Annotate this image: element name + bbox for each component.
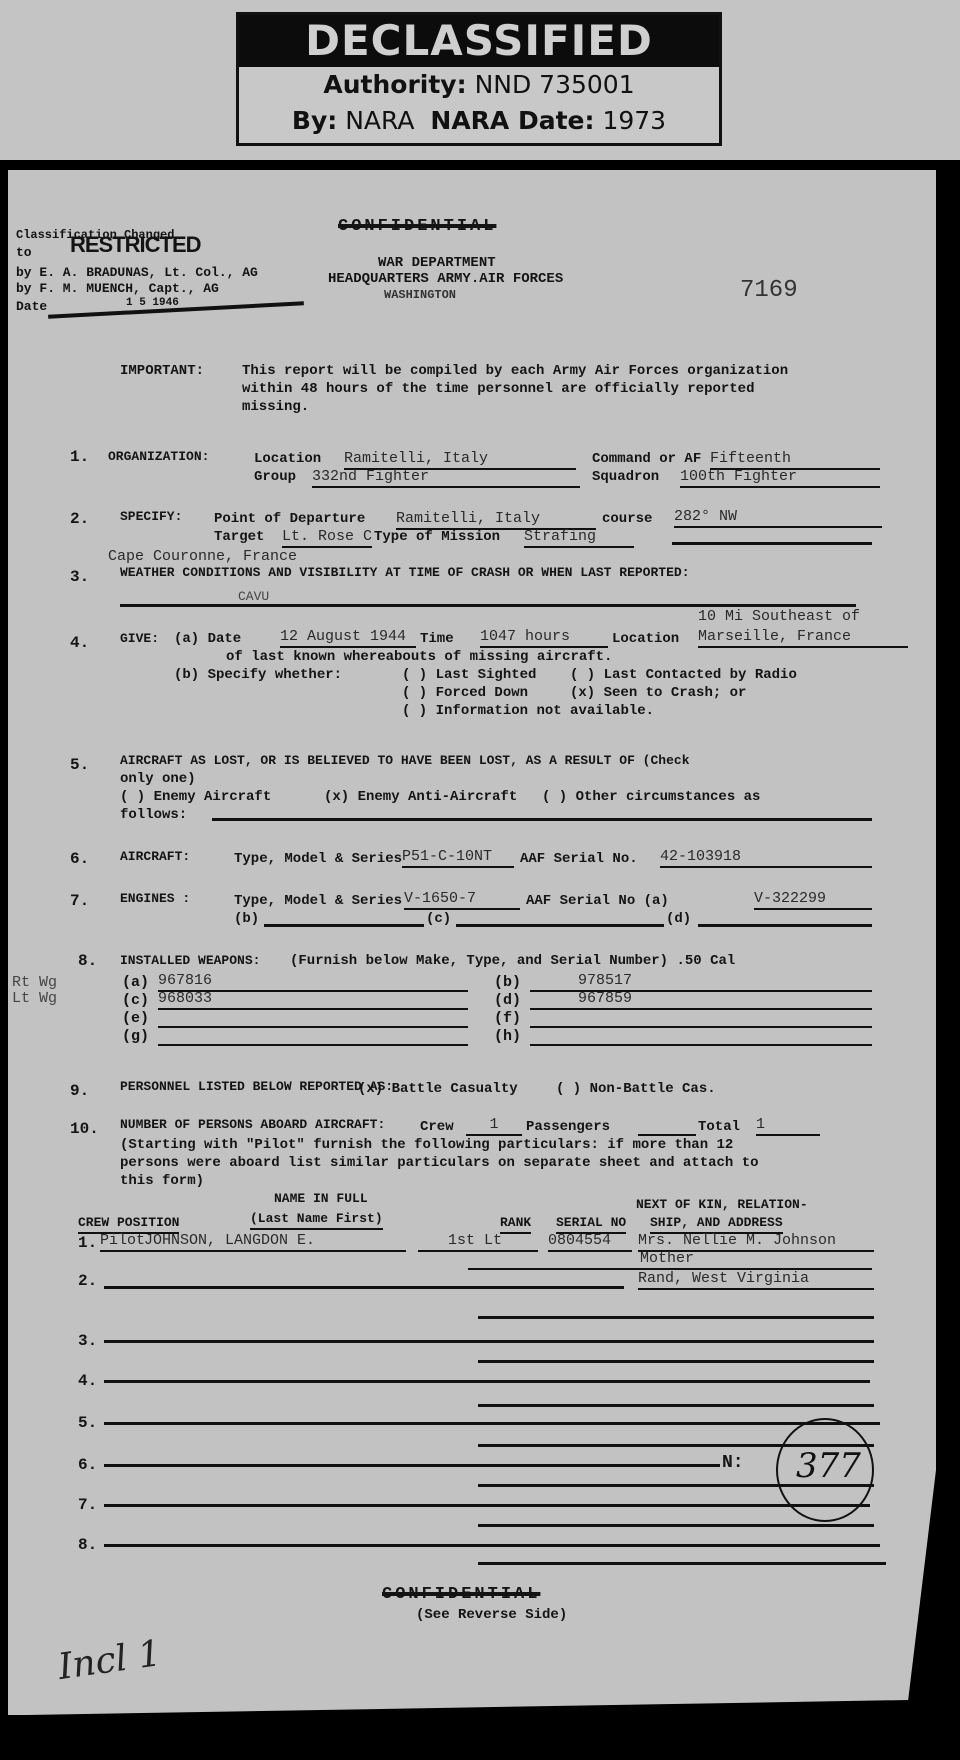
option-info-not-available[interactable]: ( ) Information not available. bbox=[402, 702, 654, 720]
follows-rule bbox=[212, 818, 872, 821]
nara-date-label: NARA Date: bbox=[430, 106, 594, 135]
squadron-field: 100th Fighter bbox=[680, 468, 880, 488]
crew-row-1-serial: 0804554 bbox=[548, 1232, 632, 1252]
report-number: 7169 bbox=[740, 282, 798, 300]
weapon-g-letter: (g) bbox=[122, 1028, 149, 1046]
authority-line: Authority: NND 735001 bbox=[239, 67, 719, 103]
crew-row-5-number: 5. bbox=[78, 1414, 97, 1432]
section10-note1: (Starting with "Pilot" furnish the follo… bbox=[120, 1136, 733, 1154]
mission-extra-rule bbox=[672, 542, 872, 545]
weapon-c-field: 968033 bbox=[158, 990, 468, 1010]
whereabouts-text: of last known whereabouts of missing air… bbox=[226, 648, 612, 666]
weapon-f-field bbox=[530, 1008, 872, 1028]
section5-label2: only one) bbox=[120, 770, 196, 788]
crew-row-2b-rule bbox=[478, 1316, 874, 1319]
passengers-field bbox=[638, 1116, 696, 1136]
weapon-a-field: 967816 bbox=[158, 972, 468, 992]
engine-d-rule bbox=[698, 924, 872, 927]
crew-row-3-number: 3. bbox=[78, 1332, 97, 1350]
enemy-aircraft-option[interactable]: ( ) Enemy Aircraft bbox=[120, 788, 271, 806]
section7-label: ENGINES : bbox=[120, 890, 190, 908]
kin-header-top: NEXT OF KIN, RELATION- bbox=[636, 1196, 808, 1214]
section2-number: 2. bbox=[70, 510, 89, 528]
authority-label: Authority: bbox=[323, 70, 466, 99]
section9-label: PERSONNEL LISTED BELOW REPORTED AS: bbox=[120, 1078, 393, 1096]
crew-position-header: CREW POSITION bbox=[78, 1214, 179, 1234]
weapon-b-letter: (b) bbox=[494, 974, 521, 992]
departure-field: Ramitelli, Italy bbox=[396, 510, 596, 530]
crew-row-4b-rule bbox=[478, 1404, 874, 1407]
classification-to-label: to bbox=[16, 244, 32, 262]
crew-label: Crew bbox=[420, 1118, 454, 1136]
weapon-c-letter: (c) bbox=[122, 992, 149, 1010]
crew-row-1-kin-relation: Mother bbox=[468, 1250, 872, 1270]
lt-wing-label: Lt Wg bbox=[12, 990, 57, 1008]
engine-b-label: (b) bbox=[234, 910, 259, 928]
document-page: Classification Changed to RESTRICTED by … bbox=[8, 170, 936, 1740]
name-header-bottom: (Last Name First) bbox=[250, 1210, 383, 1230]
other-circumstances-option[interactable]: ( ) Other circumstances as bbox=[542, 788, 760, 806]
date-field: 12 August 1944 bbox=[280, 628, 416, 648]
by-line: By: NARA NARA Date: 1973 bbox=[239, 103, 719, 139]
section10-note3: this form) bbox=[120, 1172, 204, 1190]
weapon-d-field: 967859 bbox=[530, 990, 872, 1010]
name-header-top: NAME IN FULL bbox=[274, 1190, 368, 1208]
important-line1: This report will be compiled by each Arm… bbox=[242, 362, 788, 380]
crew-row-7b-rule bbox=[478, 1524, 874, 1527]
important-label: IMPORTANT: bbox=[120, 362, 204, 380]
crew-row-6-number: 6. bbox=[78, 1456, 97, 1474]
engine-c-label: (c) bbox=[426, 910, 451, 928]
section1-number: 1. bbox=[70, 448, 89, 466]
by-label: By: bbox=[292, 106, 337, 135]
section2-label: SPECIFY: bbox=[120, 508, 182, 526]
command-label: Command or AF bbox=[592, 450, 701, 468]
weapons-instructions: (Furnish below Make, Type, and Serial Nu… bbox=[290, 952, 735, 970]
option-last-sighted[interactable]: ( ) Last Sighted bbox=[402, 666, 536, 684]
engine-c-rule bbox=[456, 924, 664, 927]
crew-row-7-rule bbox=[104, 1504, 870, 1507]
group-label: Group bbox=[254, 468, 296, 486]
section5-label: AIRCRAFT AS LOST, OR IS BELIEVED TO HAVE… bbox=[120, 752, 690, 770]
engine-serial-field-a: V-322299 bbox=[754, 890, 872, 910]
crew-row-1-number: 1. bbox=[78, 1234, 97, 1252]
important-line3: missing. bbox=[242, 398, 309, 416]
engine-type-label: Type, Model & Series bbox=[234, 892, 402, 910]
time-label: Time bbox=[420, 630, 454, 648]
mission-label: Type of Mission bbox=[374, 528, 500, 546]
crew-row-1-kin-name: Mrs. Nellie M. Johnson bbox=[638, 1232, 874, 1252]
follows-label: follows: bbox=[120, 806, 187, 824]
section1-label: ORGANIZATION: bbox=[108, 448, 209, 466]
total-label: Total bbox=[698, 1118, 740, 1136]
crew-row-5-rule bbox=[104, 1422, 880, 1425]
crew-row-1-name: JOHNSON, LANGDON E. bbox=[144, 1232, 406, 1252]
enemy-anti-aircraft-option[interactable]: (x) Enemy Anti-Aircraft bbox=[324, 788, 517, 806]
time-field: 1047 hours bbox=[480, 628, 608, 648]
crew-row-8-number: 8. bbox=[78, 1536, 97, 1554]
engine-type-field: V-1650-7 bbox=[404, 890, 520, 910]
rank-header: RANK bbox=[500, 1214, 531, 1234]
weapon-h-letter: (h) bbox=[494, 1028, 521, 1046]
crew-row-2-rule bbox=[104, 1286, 624, 1289]
stamp-title: DECLASSIFIED bbox=[239, 15, 719, 67]
restricted-stamp: RESTRICTED bbox=[70, 236, 201, 254]
crew-row-6-rule bbox=[104, 1464, 720, 1467]
weapon-h-field bbox=[530, 1026, 872, 1046]
option-seen-to-crash[interactable]: (x) Seen to Crash; or bbox=[570, 684, 746, 702]
engine-d-label: (d) bbox=[666, 910, 691, 928]
battle-casualty-option[interactable]: (x) Battle Casualty bbox=[358, 1080, 518, 1098]
weapon-a-letter: (a) bbox=[122, 974, 149, 992]
engine-b-rule bbox=[264, 924, 424, 927]
crew-row-3b-rule bbox=[478, 1360, 874, 1363]
bottom-classification: CONFIDENTIAL bbox=[382, 1586, 540, 1604]
total-field: 1 bbox=[756, 1116, 820, 1136]
crew-row-4-number: 4. bbox=[78, 1372, 97, 1390]
section6-number: 6. bbox=[70, 850, 89, 868]
weather-rule bbox=[120, 604, 856, 607]
weapon-d-letter: (d) bbox=[494, 992, 521, 1010]
option-forced-down[interactable]: ( ) Forced Down bbox=[402, 684, 528, 702]
command-field: Fifteenth bbox=[710, 450, 880, 470]
section10-note2: persons were aboard list similar particu… bbox=[120, 1154, 759, 1172]
weapon-e-letter: (e) bbox=[122, 1010, 149, 1028]
crew-row-8-rule bbox=[104, 1544, 880, 1547]
course-field: 282° NW bbox=[674, 508, 882, 528]
mission-field: Strafing bbox=[524, 528, 634, 548]
handwritten-annotation: Incl 1 bbox=[56, 1633, 164, 1688]
section9-number: 9. bbox=[70, 1082, 89, 1100]
section8-number: 8. bbox=[78, 952, 97, 970]
stamp-number-value: 377 bbox=[796, 1446, 861, 1486]
kin-header-bottom: SHIP, AND ADDRESS bbox=[650, 1214, 783, 1234]
aircraft-serial-label: AAF Serial No. bbox=[520, 850, 638, 868]
stamp-number-prefix: N: bbox=[722, 1454, 744, 1472]
course-label: course bbox=[602, 510, 652, 528]
engine-serial-label: AAF Serial No (a) bbox=[526, 892, 669, 910]
location-label: Location bbox=[254, 450, 321, 468]
crew-row-8b-rule bbox=[478, 1562, 886, 1565]
aircraft-type-label: Type, Model & Series bbox=[234, 850, 402, 868]
crew-row-1-rank: 1st Lt bbox=[418, 1232, 538, 1252]
section8-label: INSTALLED WEAPONS: bbox=[120, 952, 260, 970]
declassified-stamp: DECLASSIFIED Authority: NND 735001 By: N… bbox=[236, 12, 722, 146]
crew-row-1-kin-address: Rand, West Virginia bbox=[638, 1270, 874, 1290]
squadron-label: Squadron bbox=[592, 468, 659, 486]
crash-location-field: Marseille, France bbox=[698, 628, 908, 648]
target-label: Target bbox=[214, 528, 264, 546]
target-field: Lt. Rose C bbox=[282, 528, 372, 548]
declassification-band: DECLASSIFIED Authority: NND 735001 By: N… bbox=[0, 0, 960, 160]
location-field: Ramitelli, Italy bbox=[344, 450, 576, 470]
aircraft-type-field: P51-C-10NT bbox=[402, 848, 514, 868]
crew-row-4-rule bbox=[104, 1380, 870, 1383]
section3-number: 3. bbox=[70, 568, 89, 586]
passengers-label: Passengers bbox=[526, 1118, 610, 1136]
crew-field: 1 bbox=[466, 1116, 522, 1136]
crew-row-2-number: 2. bbox=[78, 1272, 97, 1290]
change-date-label: Date bbox=[16, 298, 47, 316]
section10-number: 10. bbox=[70, 1120, 99, 1138]
important-line2: within 48 hours of the time personnel ar… bbox=[242, 380, 754, 398]
changed-by-2: by F. M. MUENCH, Capt., AG bbox=[16, 280, 219, 298]
specify-whether-label: (b) Specify whether: bbox=[174, 666, 342, 684]
authority-value: NND 735001 bbox=[475, 70, 635, 99]
weapon-g-field bbox=[158, 1026, 468, 1046]
group-field: 332nd Fighter bbox=[312, 468, 580, 488]
nara-date-value: 1973 bbox=[602, 106, 666, 135]
weapon-e-field bbox=[158, 1008, 468, 1028]
crash-location-prefix: 10 Mi Southeast of bbox=[698, 608, 860, 626]
header-line3: WASHINGTON bbox=[384, 286, 456, 304]
crew-row-3-rule bbox=[104, 1340, 874, 1343]
top-classification: CONFIDENTIAL bbox=[338, 218, 496, 236]
crash-location-label: Location bbox=[612, 630, 679, 648]
crew-row-7-number: 7. bbox=[78, 1496, 97, 1514]
section5-number: 5. bbox=[70, 756, 89, 774]
option-last-contacted-radio[interactable]: ( ) Last Contacted by Radio bbox=[570, 666, 797, 684]
serial-header: SERIAL NO bbox=[556, 1214, 626, 1234]
section4-label: GIVE: bbox=[120, 630, 159, 648]
weapon-f-letter: (f) bbox=[494, 1010, 521, 1028]
section3-label: WEATHER CONDITIONS AND VISIBILITY AT TIM… bbox=[120, 564, 690, 582]
aircraft-serial-field: 42-103918 bbox=[660, 848, 872, 868]
section6-label: AIRCRAFT: bbox=[120, 848, 190, 866]
departure-label: Point of Departure bbox=[214, 510, 365, 528]
date-label: (a) Date bbox=[174, 630, 241, 648]
section7-number: 7. bbox=[70, 892, 89, 910]
section10-label: NUMBER OF PERSONS ABOARD AIRCRAFT: bbox=[120, 1116, 385, 1134]
see-reverse-note: (See Reverse Side) bbox=[416, 1606, 567, 1624]
weapon-b-field: 978517 bbox=[530, 972, 872, 992]
by-value: NARA bbox=[345, 106, 414, 135]
non-battle-casualty-option[interactable]: ( ) Non-Battle Cas. bbox=[556, 1080, 716, 1098]
crew-row-1-position: Pilot bbox=[100, 1232, 144, 1252]
section4-number: 4. bbox=[70, 634, 89, 652]
